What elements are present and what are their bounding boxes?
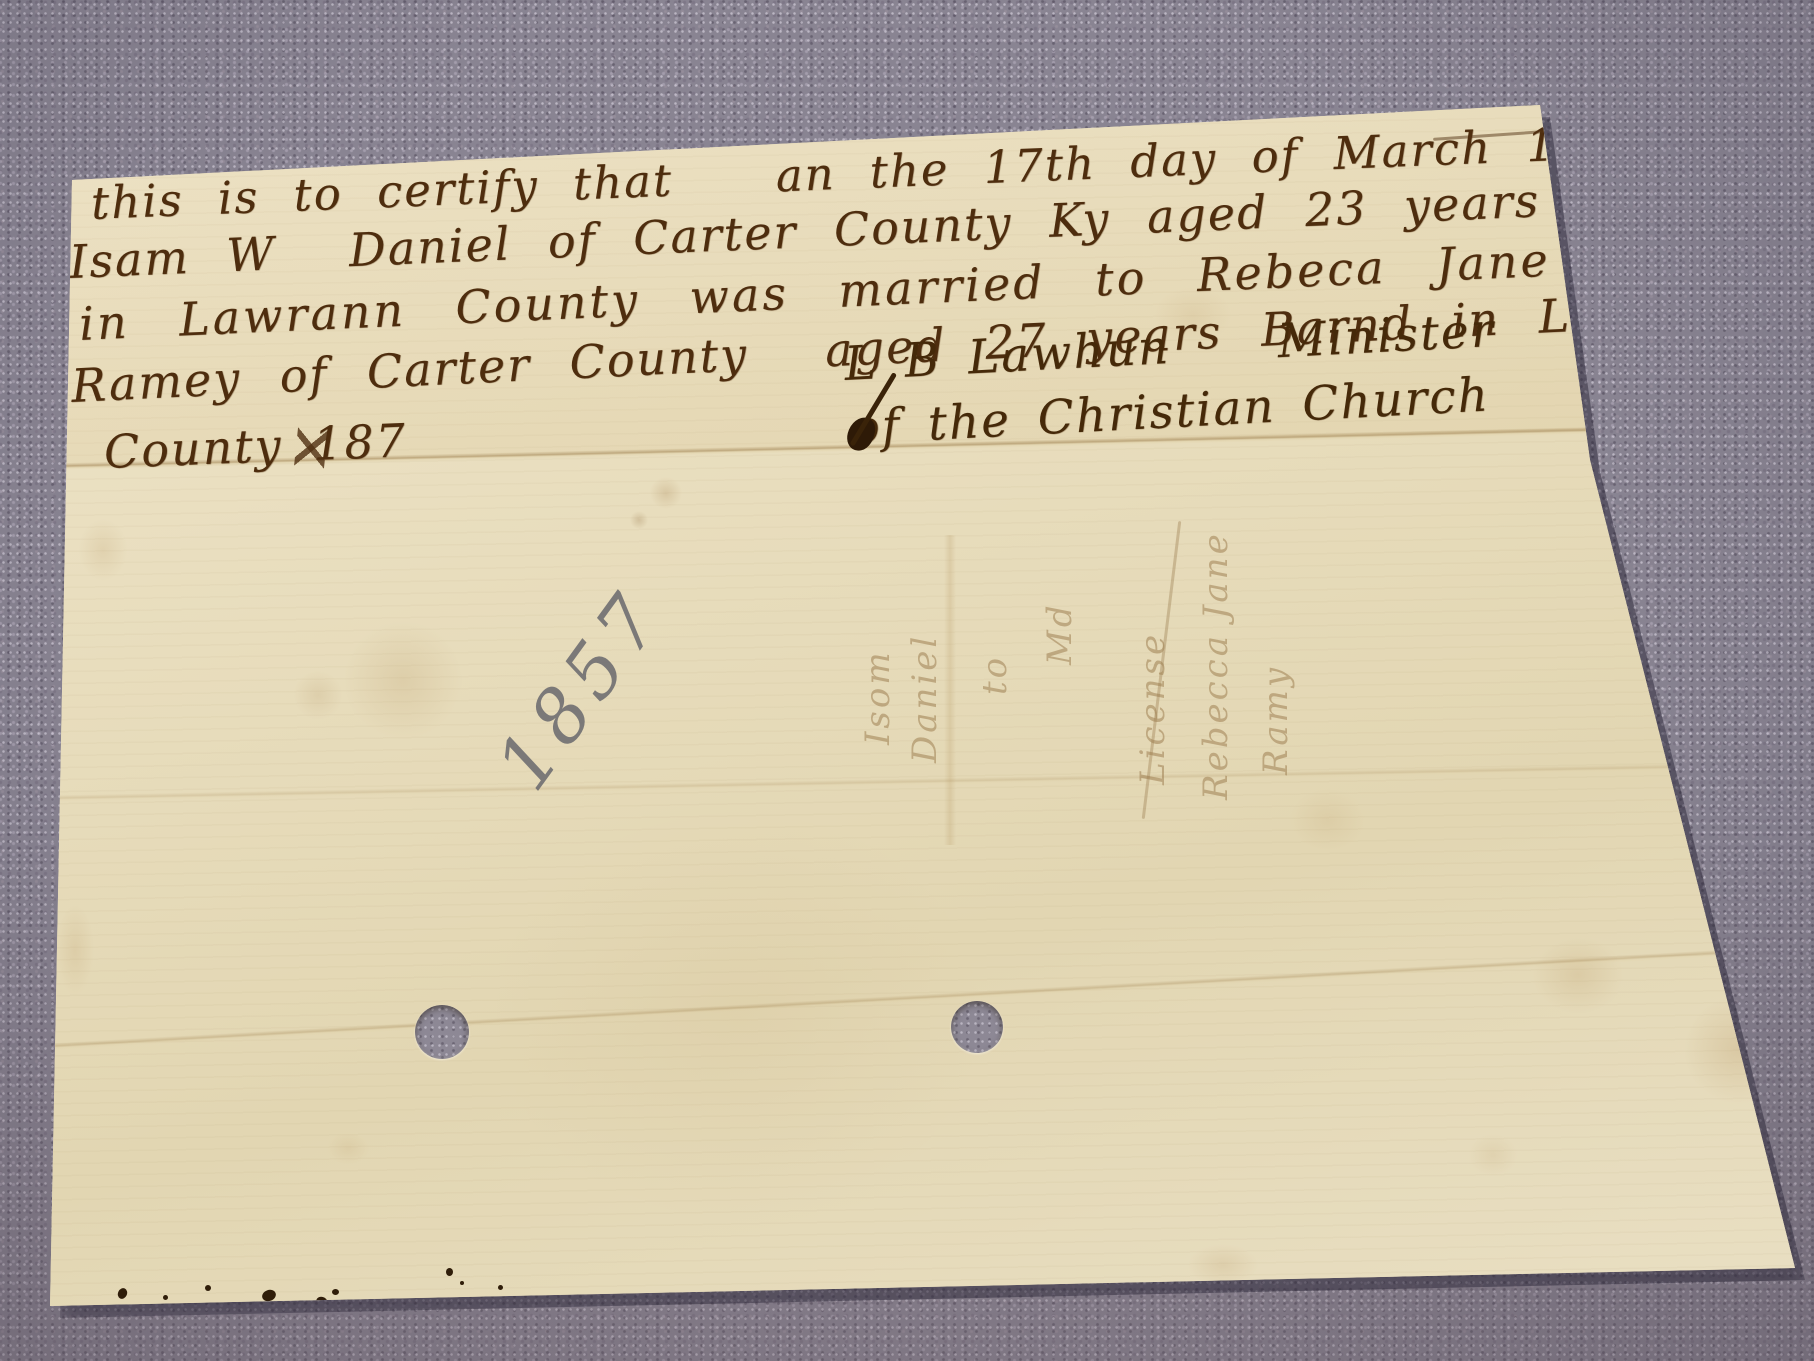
docket-column: Ramy [1256, 665, 1296, 775]
docket-column: Daniel [905, 634, 945, 763]
ink-spatter-dot [498, 1285, 503, 1290]
ink-spatter-dot [460, 1281, 464, 1285]
vertical-fold-stain [944, 535, 956, 845]
ink-scribble-correction [294, 426, 328, 471]
ink-spatter-dot [205, 1285, 211, 1291]
docket-column: to [975, 655, 1015, 695]
docket-column: License [1133, 632, 1173, 785]
document-paper: this is to certify that an the 17th day … [48, 95, 1800, 1311]
ink-spatter-dot [163, 1295, 168, 1300]
docket-column: Rebecca Jane [1196, 531, 1236, 800]
photo-scene: this is to certify that an the 17th day … [0, 0, 1814, 1361]
punch-hole-right [951, 1001, 1003, 1053]
docket-column: Isom [858, 649, 898, 745]
ink-spatter-dot [446, 1268, 453, 1276]
ink-spatter-dot [332, 1289, 339, 1295]
docket-column: Md [1040, 602, 1080, 665]
punch-hole-left [415, 1005, 469, 1059]
